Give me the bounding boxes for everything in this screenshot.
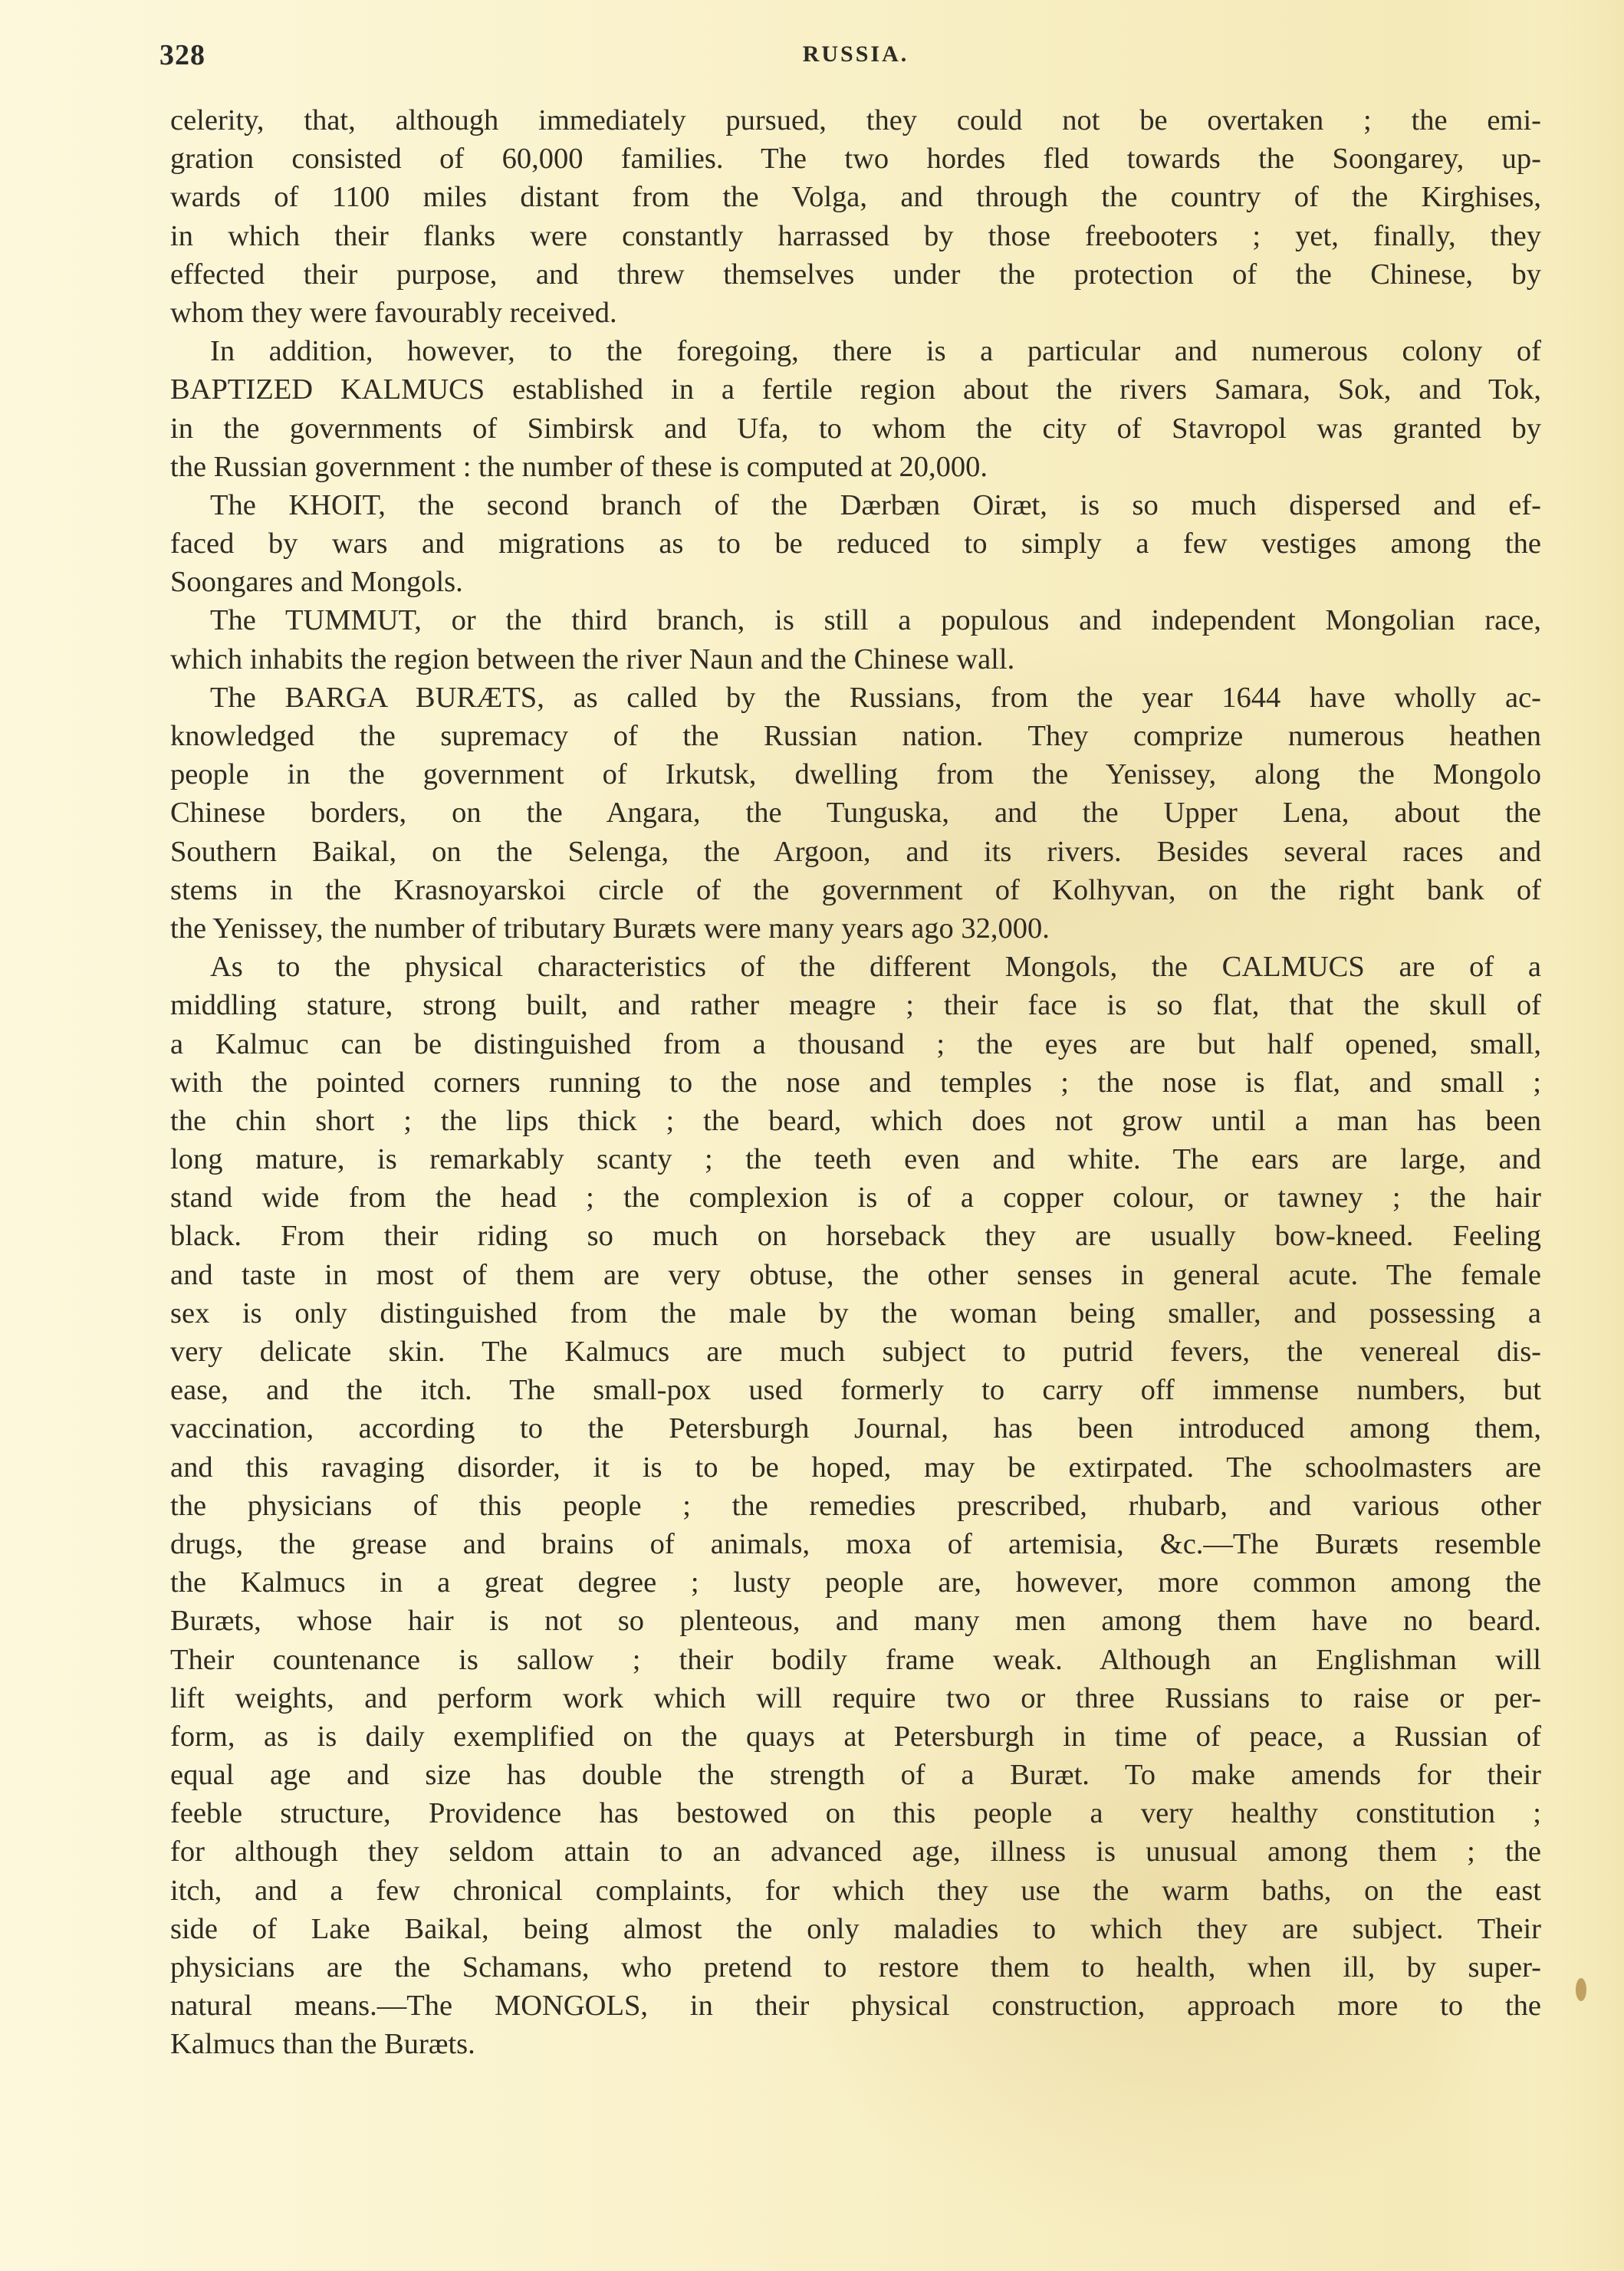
text-line: black. From their riding so much on hors… [170, 1217, 1541, 1255]
text-line: The KHOIT, the second branch of the Dærb… [170, 486, 1541, 524]
text-line: Chinese borders, on the Angara, the Tung… [170, 794, 1541, 832]
text-line: sex is only distinguished from the male … [170, 1294, 1541, 1333]
text-line: feeble structure, Providence has bestowe… [170, 1794, 1541, 1832]
text-line: in which their flanks were constantly ha… [170, 217, 1541, 255]
text-line: for although they seldom attain to an ad… [170, 1832, 1541, 1871]
text-line: natural means.—The MONGOLS, in their phy… [170, 1987, 1541, 2025]
text-line: Their countenance is sallow ; their bodi… [170, 1641, 1541, 1679]
body-text: celerity, that, although immediately pur… [170, 101, 1541, 2064]
running-head: 328 RUSSIA. [170, 38, 1541, 84]
text-line: The BARGA BURÆTS, as called by the Russi… [170, 679, 1541, 717]
text-line: drugs, the grease and brains of animals,… [170, 1525, 1541, 1563]
text-line: long mature, is remarkably scanty ; the … [170, 1140, 1541, 1178]
paragraph: The KHOIT, the second branch of the Dærb… [170, 486, 1541, 602]
text-line: Soongares and Mongols. [170, 563, 1541, 601]
text-line: wards of 1100 miles distant from the Vol… [170, 178, 1541, 216]
text-line: side of Lake Baikal, being almost the on… [170, 1910, 1541, 1948]
text-line: knowledged the supremacy of the Russian … [170, 717, 1541, 755]
paragraph: The TUMMUT, or the third branch, is stil… [170, 601, 1541, 678]
text-line: lift weights, and perform work which wil… [170, 1679, 1541, 1717]
running-title: RUSSIA. [170, 41, 1541, 67]
text-line: faced by wars and migrations as to be re… [170, 524, 1541, 563]
text-line: whom they were favourably received. [170, 294, 1541, 332]
text-line: BAPTIZED KALMUCS established in a fertil… [170, 370, 1541, 409]
text-line: stand wide from the head ; the complexio… [170, 1178, 1541, 1217]
paper-stain [1576, 1978, 1586, 2001]
text-line: the Russian government : the number of t… [170, 448, 1541, 486]
text-line: which inhabits the region between the ri… [170, 640, 1541, 679]
paragraph: In addition, however, to the foregoing, … [170, 332, 1541, 486]
text-line: in the governments of Simbirsk and Ufa, … [170, 409, 1541, 448]
text-line: Kalmucs than the Buræts. [170, 2025, 1541, 2063]
text-line: with the pointed corners running to the … [170, 1063, 1541, 1102]
text-line: form, as is daily exemplified on the qua… [170, 1717, 1541, 1756]
text-line: the chin short ; the lips thick ; the be… [170, 1102, 1541, 1140]
text-line: the physicians of this people ; the reme… [170, 1487, 1541, 1525]
text-line: and taste in most of them are very obtus… [170, 1256, 1541, 1294]
text-line: people in the government of Irkutsk, dwe… [170, 755, 1541, 794]
text-line: stems in the Krasnoyarskoi circle of the… [170, 871, 1541, 909]
text-line: the Kalmucs in a great degree ; lusty pe… [170, 1563, 1541, 1602]
text-line: ease, and the itch. The small-pox used f… [170, 1371, 1541, 1409]
text-line: itch, and a few chronical complaints, fo… [170, 1872, 1541, 1910]
text-line: effected their purpose, and threw themse… [170, 255, 1541, 294]
text-line: vaccination, according to the Petersburg… [170, 1409, 1541, 1448]
text-line: gration consisted of 60,000 families. Th… [170, 140, 1541, 178]
text-line: and this ravaging disorder, it is to be … [170, 1448, 1541, 1487]
text-line: very delicate skin. The Kalmucs are much… [170, 1333, 1541, 1371]
paragraph: celerity, that, although immediately pur… [170, 101, 1541, 332]
text-line: Buræts, whose hair is not so plenteous, … [170, 1602, 1541, 1640]
page-edge-shading [1532, 0, 1624, 2271]
text-line: physicians are the Schamans, who pretend… [170, 1948, 1541, 1987]
text-line: In addition, however, to the foregoing, … [170, 332, 1541, 370]
text-line: a Kalmuc can be distinguished from a tho… [170, 1025, 1541, 1063]
text-line: celerity, that, although immediately pur… [170, 101, 1541, 140]
text-line: As to the physical characteristics of th… [170, 948, 1541, 986]
text-line: the Yenissey, the number of tributary Bu… [170, 909, 1541, 948]
paragraph: As to the physical characteristics of th… [170, 948, 1541, 2063]
paragraph: The BARGA BURÆTS, as called by the Russi… [170, 679, 1541, 948]
text-line: middling stature, strong built, and rath… [170, 986, 1541, 1024]
text-line: equal age and size has double the streng… [170, 1756, 1541, 1794]
text-line: Southern Baikal, on the Selenga, the Arg… [170, 833, 1541, 871]
book-page: 328 RUSSIA. celerity, that, although imm… [170, 38, 1541, 2064]
text-line: The TUMMUT, or the third branch, is stil… [170, 601, 1541, 639]
